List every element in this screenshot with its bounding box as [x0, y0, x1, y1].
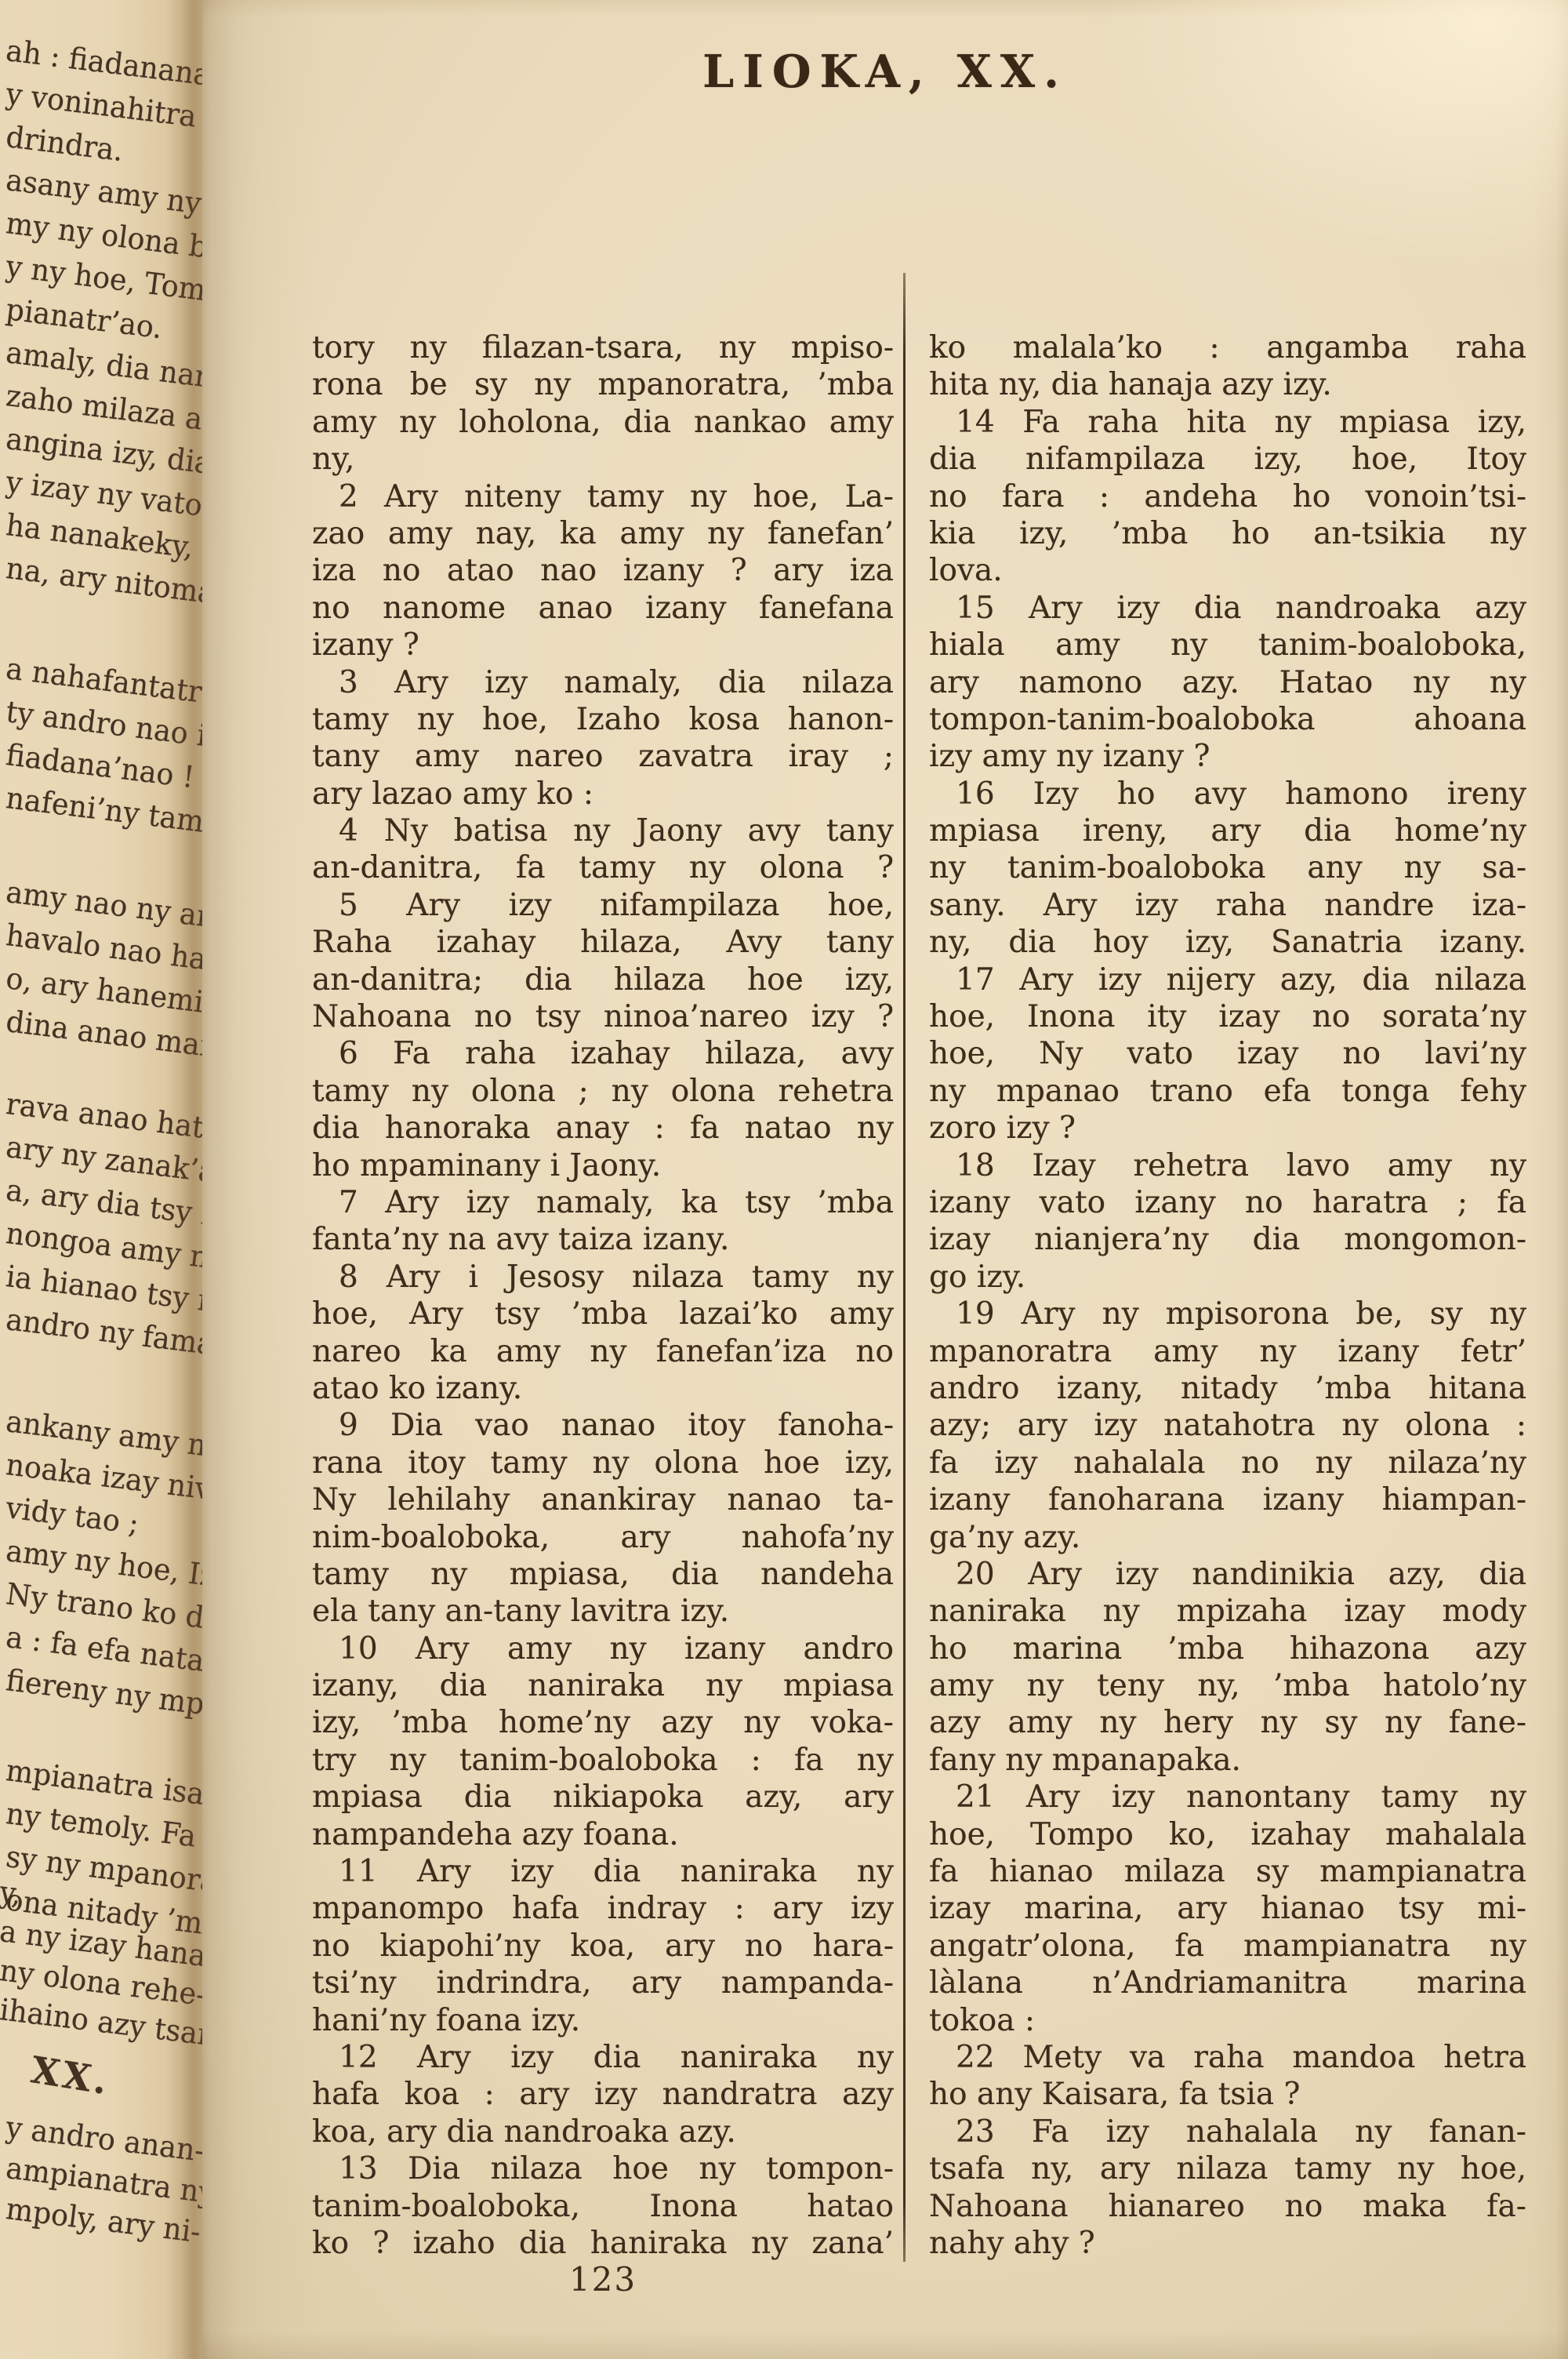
text-line: izay nianjera’ny dia mongomon-	[929, 1221, 1526, 1258]
text-line: Nahoana hianareo no maka fa-	[929, 2188, 1526, 2225]
text-line: tamy ny olona ; ny olona rehetra	[312, 1073, 894, 1110]
text-line: ko ? izaho dia haniraka ny zana’	[312, 2225, 894, 2262]
text-line: Ny lehilahy anankiray nanao ta-	[312, 1481, 894, 1518]
text-line: 2 Ary niteny tamy ny hoe, La-	[312, 478, 894, 515]
text-line: rana itoy tamy ny olona hoe izy,	[312, 1445, 894, 1481]
text-line: no kiapohi’ny koa, ary no hara-	[312, 1928, 894, 1965]
text-line: zao amy nay, ka amy ny fanefan’	[312, 515, 894, 552]
text-line: tamy ny mpiasa, dia nandeha	[312, 1556, 894, 1593]
text-line: dia nifampilaza izy, hoe, Itoy	[929, 441, 1526, 478]
text-line: 16 Izy ho avy hamono ireny	[929, 776, 1526, 812]
text-line: 10 Ary amy ny izany andro	[312, 1630, 894, 1667]
left-page-chapter-heading: XX.	[28, 2048, 114, 2103]
text-line: ela tany an-tany lavitra izy.	[312, 1593, 894, 1630]
text-line: izany fanoharana izany hiampan-	[929, 1481, 1526, 1518]
text-line: 14 Fa raha hita ny mpiasa izy,	[929, 404, 1526, 441]
text-line: tamy ny hoe, Izaho kosa hanon-	[312, 701, 894, 738]
text-line: tory ny filazan-tsara, ny mpiso-	[312, 329, 894, 366]
text-line: ny mpanao trano efa tonga fehy	[929, 1073, 1526, 1110]
text-line: try ny tanim-boaloboka : fa ny	[312, 1742, 894, 1779]
text-line: 12 Ary izy dia naniraka ny	[312, 2039, 894, 2076]
book-photo: ah : fiadanana amy voninahitra amdrindra…	[0, 0, 1568, 2359]
text-line: hiala amy ny tanim-boaloboka,	[929, 627, 1526, 663]
text-line: iza no atao nao izany ? ary iza	[312, 552, 894, 589]
text-line: hoe, Tompo ko, izahay mahalala	[929, 1816, 1526, 1853]
text-line: Raha izahay hilaza, Avy tany	[312, 924, 894, 961]
text-line: 6 Fa raha izahay hilaza, avy	[312, 1035, 894, 1072]
text-line: amy ny teny ny, ’mba hatolo’ny	[929, 1667, 1526, 1704]
page-number: 123	[312, 2260, 894, 2299]
text-line: izany vato izany no haratra ; fa	[929, 1184, 1526, 1221]
text-line: an-danitra; dia hilaza hoe izy,	[312, 961, 894, 998]
text-line: no fara : andeha ho vonoin’tsi-	[929, 478, 1526, 515]
text-line: hoe, Ny vato izay no lavi’ny	[929, 1035, 1526, 1072]
text-line: 18 Izay rehetra lavo amy ny	[929, 1147, 1526, 1184]
text-line: nampandeha azy foana.	[312, 1816, 894, 1853]
text-line: mpiasa dia nikiapoka azy, ary	[312, 1779, 894, 1816]
text-line: 15 Ary izy dia nandroaka azy	[929, 590, 1526, 627]
text-line: hani’ny foana izy.	[312, 2002, 894, 2039]
text-line: naniraka ny mpizaha izay mody	[929, 1593, 1526, 1630]
text-line: 20 Ary izy nandinikia azy, dia	[929, 1556, 1526, 1593]
text-line: mpanoratra amy ny izany fetr’	[929, 1333, 1526, 1370]
text-line: 23 Fa izy nahalala ny fanan-	[929, 2114, 1526, 2150]
text-line: mpanompo hafa indray : ary izy	[312, 1890, 894, 1927]
text-line: 19 Ary ny mpisorona be, sy ny	[929, 1296, 1526, 1332]
text-line: andro izany, nitady ’mba hitana	[929, 1370, 1526, 1407]
text-line: ny,	[312, 441, 894, 478]
text-line: kia izy, ’mba ho an-tsikia ny	[929, 515, 1526, 552]
text-line: rona be sy ny mpanoratra, ’mba	[312, 366, 894, 403]
text-line: hoe, Ary tsy ’mba lazai’ko amy	[312, 1296, 894, 1332]
text-line: tany amy nareo zavatra iray ;	[312, 738, 894, 775]
text-line: izany, dia naniraka ny mpiasa	[312, 1667, 894, 1704]
text-line: 8 Ary i Jesosy nilaza tamy ny	[312, 1259, 894, 1296]
text-line: ko malala’ko : angamba raha	[929, 329, 1526, 366]
left-page-strip: ah : fiadanana amy voninahitra amdrindra…	[0, 0, 205, 2359]
text-line: 21 Ary izy nanontany tamy ny	[929, 1779, 1526, 1816]
text-line: hoe, Inona ity izay no sorata’ny	[929, 998, 1526, 1035]
text-column-left: tory ny filazan-tsara, ny mpiso-rona be …	[312, 329, 894, 2262]
text-line: nareo ka amy ny fanefan’iza no	[312, 1333, 894, 1370]
text-line: nahy ahy ?	[929, 2225, 1526, 2262]
text-line: izay marina, ary hianao tsy mi-	[929, 1890, 1526, 1927]
text-line: tompon-tanim-boaloboka ahoana	[929, 701, 1526, 738]
text-line: 22 Mety va raha mandoa hetra	[929, 2039, 1526, 2076]
text-line: tsafa ny, ary nilaza tamy ny hoe,	[929, 2150, 1526, 2187]
text-line: tokoa :	[929, 2002, 1526, 2039]
text-line: fa hianao milaza sy mampianatra	[929, 1853, 1526, 1890]
text-line: azy; ary izy natahotra ny olona :	[929, 1407, 1526, 1444]
text-line: ho marina ’mba hihazona azy	[929, 1630, 1526, 1667]
text-line: 17 Ary izy nijery azy, dia nilaza	[929, 961, 1526, 998]
text-line: an-danitra, fa tamy ny olona ?	[312, 849, 894, 886]
text-line: 9 Dia vao nanao itoy fanoha-	[312, 1407, 894, 1444]
text-line: 7 Ary izy namaly, ka tsy ’mba	[312, 1184, 894, 1221]
text-line: izy, ’mba home’ny azy ny voka-	[312, 1704, 894, 1741]
text-line: hita ny, dia hanaja azy izy.	[929, 366, 1526, 403]
right-page: LIOKA, XX. tory ny filazan-tsara, ny mpi…	[202, 0, 1568, 2359]
text-line: izy amy ny izany ?	[929, 738, 1526, 775]
text-line: atao ko izany.	[312, 1370, 894, 1407]
text-line: mpiasa ireny, ary dia home’ny	[929, 812, 1526, 849]
text-line: zoro izy ?	[929, 1110, 1526, 1147]
text-line: 13 Dia nilaza hoe ny tompon-	[312, 2150, 894, 2187]
text-line: ga’ny azy.	[929, 1519, 1526, 1556]
text-line: nim-boaloboka, ary nahofa’ny	[312, 1519, 894, 1556]
text-line: ny tanim-boaloboka any ny sa-	[929, 849, 1526, 886]
left-page-fragment-line: drindra.	[4, 119, 125, 168]
text-line: sany. Ary izy raha nandre iza-	[929, 887, 1526, 924]
text-line: lova.	[929, 552, 1526, 589]
text-line: ary lazao amy ko :	[312, 776, 894, 812]
text-line: fany ny mpanapaka.	[929, 1742, 1526, 1779]
text-line: ho any Kaisara, fa tsia ?	[929, 2076, 1526, 2113]
text-line: hafa koa : ary izy nandratra azy	[312, 2076, 894, 2113]
text-line: go izy.	[929, 1259, 1526, 1296]
text-line: koa, ary dia nandroaka azy.	[312, 2114, 894, 2150]
text-line: amy ny loholona, dia nankao amy	[312, 404, 894, 441]
text-line: làlana n’Andriamanitra marina	[929, 1965, 1526, 2001]
text-line: fanta’ny na avy taiza izany.	[312, 1221, 894, 1258]
text-line: no nanome anao izany fanefana	[312, 590, 894, 627]
text-line: fa izy nahalala no ny nilaza’ny	[929, 1445, 1526, 1481]
text-line: tanim-boaloboka, Inona hatao	[312, 2188, 894, 2225]
text-line: 11 Ary izy dia naniraka ny	[312, 1853, 894, 1890]
text-line: 3 Ary izy namaly, dia nilaza	[312, 664, 894, 701]
text-line: ny, dia hoy izy, Sanatria izany.	[929, 924, 1526, 961]
text-line: tsi’ny indrindra, ary nampanda-	[312, 1965, 894, 2001]
page-header: LIOKA, XX.	[202, 45, 1568, 98]
text-line: ary namono azy. Hatao ny ny	[929, 664, 1526, 701]
left-page-fragment-line: vidy tao ;	[4, 1490, 140, 1540]
text-line: ho mpaminany i Jaony.	[312, 1147, 894, 1184]
text-line: azy amy ny hery ny sy ny fane-	[929, 1704, 1526, 1741]
text-column-right: ko malala’ko : angamba rahahita ny, dia …	[929, 329, 1526, 2262]
text-line: 5 Ary izy nifampilaza hoe,	[312, 887, 894, 924]
text-line: 4 Ny batisa ny Jaony avy tany	[312, 812, 894, 849]
text-line: izany ?	[312, 627, 894, 663]
text-line: dia hanoraka anay : fa natao ny	[312, 1110, 894, 1147]
text-line: angatr’olona, fa mampianatra ny	[929, 1928, 1526, 1965]
text-line: Nahoana no tsy ninoa’nareo izy ?	[312, 998, 894, 1035]
left-page-fragment-line: y,	[0, 1874, 24, 1911]
column-divider-rule	[903, 273, 906, 2262]
